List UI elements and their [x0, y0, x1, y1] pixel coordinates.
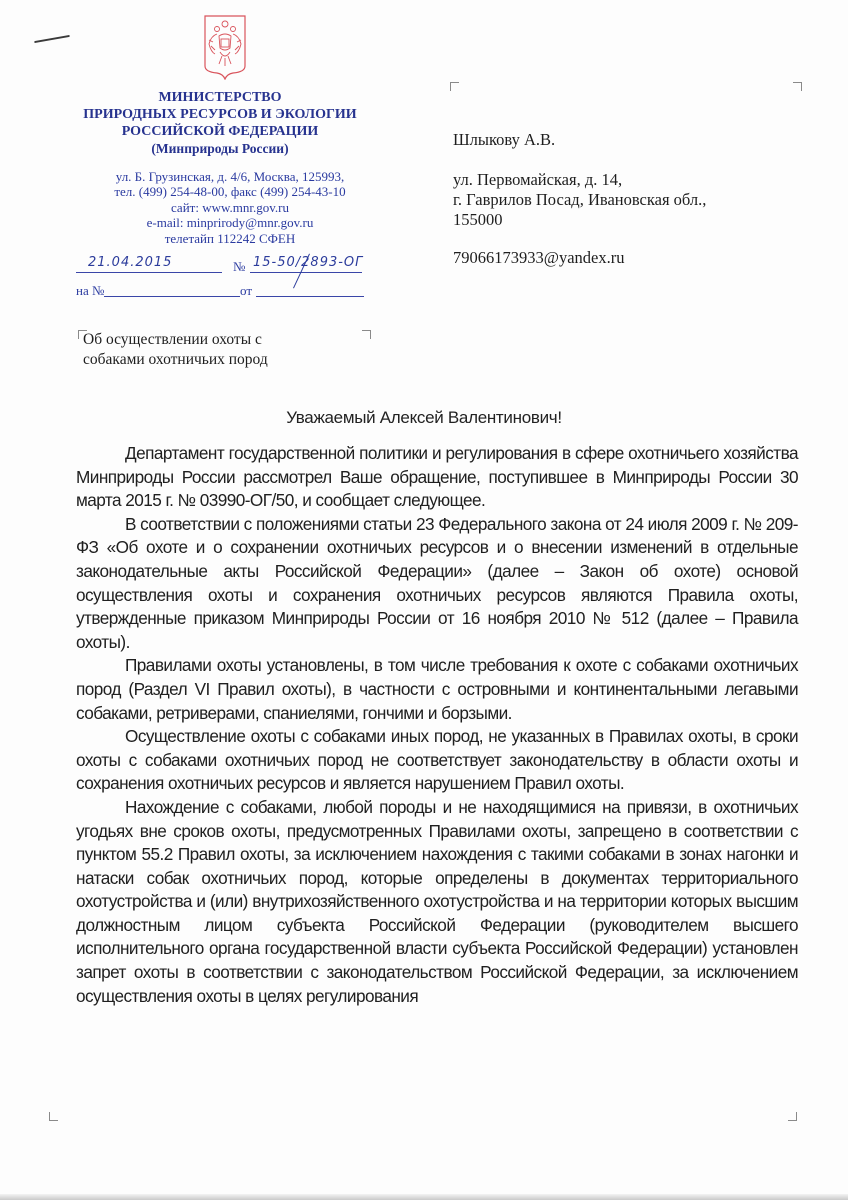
ministry-contacts: ул. Б. Грузинская, д. 4/6, Москва, 12599… — [60, 169, 400, 246]
corner-mark — [788, 1112, 797, 1121]
reply-number-underline — [104, 296, 240, 297]
salutation: Уважаемый Алексей Валентинович! — [0, 408, 848, 428]
body-paragraph: Правилами охоты установлены, в том числе… — [76, 654, 798, 725]
date-underline — [76, 272, 222, 273]
subject-line: Об осуществлении охоты с — [83, 330, 268, 350]
corner-mark — [793, 82, 802, 91]
coat-of-arms-icon — [203, 14, 247, 80]
letter-page: МИНИСТЕРСТВО ПРИРОДНЫХ РЕСУРСОВ И ЭКОЛОГ… — [0, 0, 848, 1200]
contact-phone: тел. (499) 254-48-00, факс (499) 254-43-… — [60, 184, 400, 199]
corner-mark — [450, 82, 459, 91]
recipient-address-line: г. Гаврилов Посад, Ивановская обл., — [453, 190, 706, 210]
recipient-email: 79066173933@yandex.ru — [453, 248, 706, 268]
pen-mark — [34, 35, 70, 43]
body-paragraph: В соответствии с положениями статьи 23 Ф… — [76, 513, 798, 655]
outgoing-date: 21.04.2015 — [88, 255, 172, 270]
contact-address: ул. Б. Грузинская, д. 4/6, Москва, 12599… — [60, 169, 400, 184]
number-label: № — [233, 259, 245, 275]
body-paragraph: Осуществление охоты с собаками иных поро… — [76, 725, 798, 796]
recipient-name: Шлыкову А.В. — [453, 130, 706, 150]
body-paragraph: Департамент государственной политики и р… — [76, 442, 798, 513]
from-label: от — [240, 283, 252, 299]
corner-mark — [49, 1112, 58, 1121]
corner-mark — [362, 330, 371, 339]
letter-subject: Об осуществлении охоты с собаками охотни… — [83, 330, 268, 370]
ministry-short-name: (Минприроды России) — [60, 140, 380, 157]
ministry-line: ПРИРОДНЫХ РЕСУРСОВ И ЭКОЛОГИИ — [60, 106, 380, 123]
ministry-name: МИНИСТЕРСТВО ПРИРОДНЫХ РЕСУРСОВ И ЭКОЛОГ… — [60, 89, 380, 157]
ministry-line: РОССИЙСКОЙ ФЕДЕРАЦИИ — [60, 123, 380, 140]
recipient-block: Шлыкову А.В. ул. Первомайская, д. 14, г.… — [453, 130, 706, 268]
contact-email: e-mail: minprirody@mnr.gov.ru — [60, 215, 400, 230]
body-paragraph: Нахождение с собаками, любой породы и не… — [76, 796, 798, 1008]
contact-website: сайт: www.mnr.gov.ru — [60, 200, 400, 215]
letter-body: Департамент государственной политики и р… — [76, 442, 798, 1008]
subject-line: собаками охотничьих пород — [83, 350, 268, 370]
recipient-address-line: ул. Первомайская, д. 14, — [453, 170, 706, 190]
reply-date-underline — [256, 296, 364, 297]
scan-edge-shadow — [0, 1194, 848, 1200]
number-underline — [250, 272, 362, 273]
recipient-postcode: 155000 — [453, 210, 706, 230]
reply-to-label: на № — [76, 283, 104, 299]
ministry-line: МИНИСТЕРСТВО — [60, 89, 380, 106]
contact-teletype: телетайп 112242 СФЕН — [60, 231, 400, 246]
